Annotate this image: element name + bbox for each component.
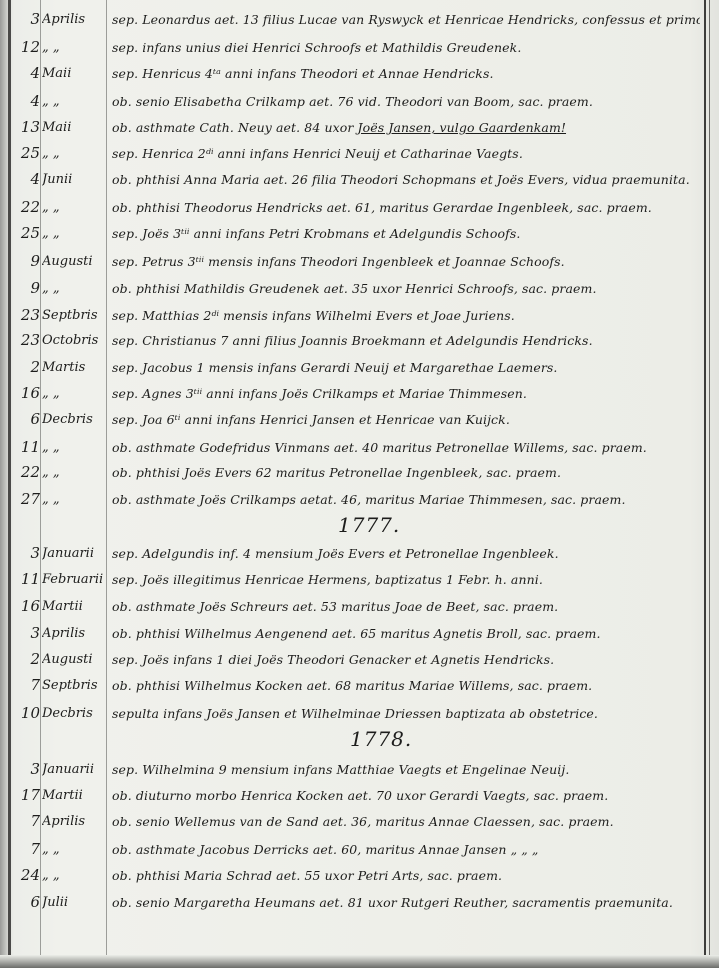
entry-day: 27 xyxy=(8,490,42,508)
entry-month: „ „ xyxy=(42,200,104,215)
entry-day: 4 xyxy=(8,170,42,188)
register-row: 27„ „ob. asthmate Joës Crilkamps aetat. … xyxy=(0,488,704,512)
entry-text: sep. Henricus 4ᵗᵃ anni infans Theodori e… xyxy=(112,66,700,81)
entry-text: ob. senio Wellemus van de Sand aet. 36, … xyxy=(112,814,700,829)
entry-text: sep. Christianus 7 anni filius Joannis B… xyxy=(112,333,700,348)
register-row: 4„ „ob. senio Elisabetha Crilkamp aet. 7… xyxy=(0,90,704,114)
entry-text: sep. Joës illegitimus Henricae Hermens, … xyxy=(112,572,700,587)
register-row: 11Februariisep. Joës illegitimus Henrica… xyxy=(0,568,704,592)
register-row: 16Martiiob. asthmate Joës Schreurs aet. … xyxy=(0,595,704,619)
register-row: 3Aprilissep. Leonardus aet. 13 filius Lu… xyxy=(0,8,704,32)
entry-text: ob. asthmate Godefridus Vinmans aet. 40 … xyxy=(112,440,700,455)
register-row: 4Maiisep. Henricus 4ᵗᵃ anni infans Theod… xyxy=(0,62,704,86)
register-row: 23Octobrissep. Christianus 7 anni filius… xyxy=(0,329,704,353)
register-row: 16„ „sep. Agnes 3ᵗⁱⁱ anni infans Joës Cr… xyxy=(0,382,704,406)
entry-day: 4 xyxy=(8,92,42,110)
register-row: 10Decbrissepulta infans Joës Jansen et W… xyxy=(0,702,704,726)
entry-text: sep. Petrus 3ᵗⁱⁱ mensis infans Theodori … xyxy=(112,254,700,269)
entry-text: sep. Adelgundis inf. 4 mensium Joës Ever… xyxy=(112,546,700,561)
entry-month: Decbris xyxy=(42,412,104,427)
entry-month: Martii xyxy=(42,788,104,803)
entry-month: Martis xyxy=(42,360,104,375)
entry-day: 25 xyxy=(8,144,42,162)
entry-text: sep. Wilhelmina 9 mensium infans Matthia… xyxy=(112,762,700,777)
entry-month: Aprilis xyxy=(42,814,104,829)
register-row: 25„ „sep. Joës 3ᵗⁱⁱ anni infans Petri Kr… xyxy=(0,222,704,246)
entry-month: Septbris xyxy=(42,678,104,693)
register-row: 25„ „sep. Henrica 2ᵈⁱ anni infans Henric… xyxy=(0,142,704,166)
register-page: 3Aprilissep. Leonardus aet. 13 filius Lu… xyxy=(0,0,719,968)
entry-month: „ „ xyxy=(42,226,104,241)
entry-day: 10 xyxy=(8,704,42,722)
register-row: 7„ „ob. asthmate Jacobus Derricks aet. 6… xyxy=(0,838,704,862)
entry-month: Maii xyxy=(42,120,104,135)
entry-day: 12 xyxy=(8,38,42,56)
register-row: 24„ „ob. phthisi Maria Schrad aet. 55 ux… xyxy=(0,864,704,888)
entry-month: „ „ xyxy=(42,440,104,455)
entry-month: Septbris xyxy=(42,308,104,323)
entry-day: 2 xyxy=(8,650,42,668)
register-row: 6Juliiob. senio Margaretha Heumans aet. … xyxy=(0,891,704,915)
entry-text: ob. asthmate Jacobus Derricks aet. 60, m… xyxy=(112,842,700,857)
entry-text: ob. asthmate Joës Crilkamps aetat. 46, m… xyxy=(112,492,700,507)
register-row: 23Septbrissep. Matthias 2ᵈⁱ mensis infan… xyxy=(0,304,704,328)
entry-text: sep. Matthias 2ᵈⁱ mensis infans Wilhelmi… xyxy=(112,308,700,323)
entry-day: 11 xyxy=(8,570,42,588)
entry-day: 16 xyxy=(8,384,42,402)
entry-day: 3 xyxy=(8,544,42,562)
entry-day: 9 xyxy=(8,252,42,270)
register-row: 17Martiiob. diuturno morbo Henrica Kocke… xyxy=(0,784,704,808)
entry-month: „ „ xyxy=(42,146,104,161)
entry-text: sep. Leonardus aet. 13 filius Lucae van … xyxy=(112,12,700,27)
entry-text: sep. Jacobus 1 mensis infans Gerardi Neu… xyxy=(112,360,700,375)
register-row: 22„ „ob. phthisi Theodorus Hendricks aet… xyxy=(0,196,704,220)
entry-text: sep. Joa 6ᵗⁱ anni infans Henrici Jansen … xyxy=(112,412,700,427)
entry-day: 3 xyxy=(8,624,42,642)
entry-day: 6 xyxy=(8,893,42,911)
entry-day: 23 xyxy=(8,331,42,349)
right-border-inner xyxy=(709,0,710,968)
entry-text: sep. Henrica 2ᵈⁱ anni infans Henrici Neu… xyxy=(112,146,700,161)
entry-month: „ „ xyxy=(42,281,104,296)
entry-month: „ „ xyxy=(42,40,104,55)
entry-day: 24 xyxy=(8,866,42,884)
entry-month: „ „ xyxy=(42,94,104,109)
entry-text: ob. senio Margaretha Heumans aet. 81 uxo… xyxy=(112,895,700,910)
entry-text: ob. phthisi Joës Evers 62 maritus Petron… xyxy=(112,465,700,480)
entry-day: 9 xyxy=(8,279,42,297)
entry-day: 3 xyxy=(8,10,42,28)
entry-day: 16 xyxy=(8,597,42,615)
entry-day: 23 xyxy=(8,306,42,324)
entry-text: ob. phthisi Maria Schrad aet. 55 uxor Pe… xyxy=(112,868,700,883)
entry-month: „ „ xyxy=(42,492,104,507)
register-row: 3Aprilisob. phthisi Wilhelmus Aengenend … xyxy=(0,622,704,646)
register-row: 6Decbrissep. Joa 6ᵗⁱ anni infans Henrici… xyxy=(0,408,704,432)
entry-text: ob. asthmate Cath. Neuy aet. 84 uxor Joë… xyxy=(112,120,700,135)
register-row: 9„ „ob. phthisi Mathildis Greudenek aet.… xyxy=(0,277,704,301)
entry-text: ob. senio Elisabetha Crilkamp aet. 76 vi… xyxy=(112,94,700,109)
entry-day: 11 xyxy=(8,438,42,456)
register-row: 22„ „ob. phthisi Joës Evers 62 maritus P… xyxy=(0,461,704,485)
register-row: 9Augustisep. Petrus 3ᵗⁱⁱ mensis infans T… xyxy=(0,250,704,274)
entry-month: Maii xyxy=(42,66,104,81)
entry-text: ob. phthisi Anna Maria aet. 26 filia The… xyxy=(112,172,700,187)
entry-month: Augusti xyxy=(42,652,104,667)
entry-month: Aprilis xyxy=(42,12,104,27)
entry-text: sepulta infans Joës Jansen et Wilhelmina… xyxy=(112,706,700,721)
entry-day: 7 xyxy=(8,676,42,694)
register-row: 3Januariisep. Adelgundis inf. 4 mensium … xyxy=(0,542,704,566)
entry-month: Julii xyxy=(42,895,104,910)
register-row: 2Augustisep. Joës infans 1 diei Joës The… xyxy=(0,648,704,672)
year-heading-1777: 1777. xyxy=(338,513,400,537)
entry-day: 2 xyxy=(8,358,42,376)
register-row: 12„ „sep. infans unius diei Henrici Schr… xyxy=(0,36,704,60)
entry-day: 13 xyxy=(8,118,42,136)
entry-day: 3 xyxy=(8,760,42,778)
entry-month: „ „ xyxy=(42,386,104,401)
entry-text: ob. phthisi Theodorus Hendricks aet. 61,… xyxy=(112,200,700,215)
entry-day: 7 xyxy=(8,812,42,830)
entry-month: „ „ xyxy=(42,842,104,857)
entry-day: 25 xyxy=(8,224,42,242)
entry-day: 22 xyxy=(8,198,42,216)
register-row: 2Martissep. Jacobus 1 mensis infans Gera… xyxy=(0,356,704,380)
entry-month: Martii xyxy=(42,599,104,614)
underlined-name: Joës Jansen, vulgo Gaardenkam! xyxy=(358,120,566,135)
right-border xyxy=(704,0,706,968)
entry-text: sep. Agnes 3ᵗⁱⁱ anni infans Joës Crilkam… xyxy=(112,386,700,401)
entry-month: Januarii xyxy=(42,546,104,561)
entry-month: „ „ xyxy=(42,465,104,480)
register-row: 3Januariisep. Wilhelmina 9 mensium infan… xyxy=(0,758,704,782)
entry-month: Octobris xyxy=(42,333,104,348)
entry-text: ob. phthisi Mathildis Greudenek aet. 35 … xyxy=(112,281,700,296)
entry-day: 4 xyxy=(8,64,42,82)
year-heading-1778: 1778. xyxy=(350,727,412,751)
entry-month: Decbris xyxy=(42,706,104,721)
entry-month: Aprilis xyxy=(42,626,104,641)
entry-day: 7 xyxy=(8,840,42,858)
entry-text: sep. Joës 3ᵗⁱⁱ anni infans Petri Krobman… xyxy=(112,226,700,241)
register-row: 4Juniiob. phthisi Anna Maria aet. 26 fil… xyxy=(0,168,704,192)
entry-month: Augusti xyxy=(42,254,104,269)
entry-month: „ „ xyxy=(42,868,104,883)
register-row: 13Maiiob. asthmate Cath. Neuy aet. 84 ux… xyxy=(0,116,704,140)
entry-text: ob. phthisi Wilhelmus Aengenend aet. 65 … xyxy=(112,626,700,641)
entry-month: Junii xyxy=(42,172,104,187)
entry-month: Februarii xyxy=(42,572,104,587)
register-row: 7Septbrisob. phthisi Wilhelmus Kocken ae… xyxy=(0,674,704,698)
register-row: 7Aprilisob. senio Wellemus van de Sand a… xyxy=(0,810,704,834)
entry-text: sep. infans unius diei Henrici Schroofs … xyxy=(112,40,700,55)
entry-text: ob. phthisi Wilhelmus Kocken aet. 68 mar… xyxy=(112,678,700,693)
register-row: 11„ „ob. asthmate Godefridus Vinmans aet… xyxy=(0,436,704,460)
entry-day: 17 xyxy=(8,786,42,804)
entry-text: ob. diuturno morbo Henrica Kocken aet. 7… xyxy=(112,788,700,803)
entry-day: 6 xyxy=(8,410,42,428)
entry-text: sep. Joës infans 1 diei Joës Theodori Ge… xyxy=(112,652,700,667)
entry-day: 22 xyxy=(8,463,42,481)
entry-month: Januarii xyxy=(42,762,104,777)
page-bottom-edge xyxy=(0,955,719,968)
entry-text: ob. asthmate Joës Schreurs aet. 53 marit… xyxy=(112,599,700,614)
